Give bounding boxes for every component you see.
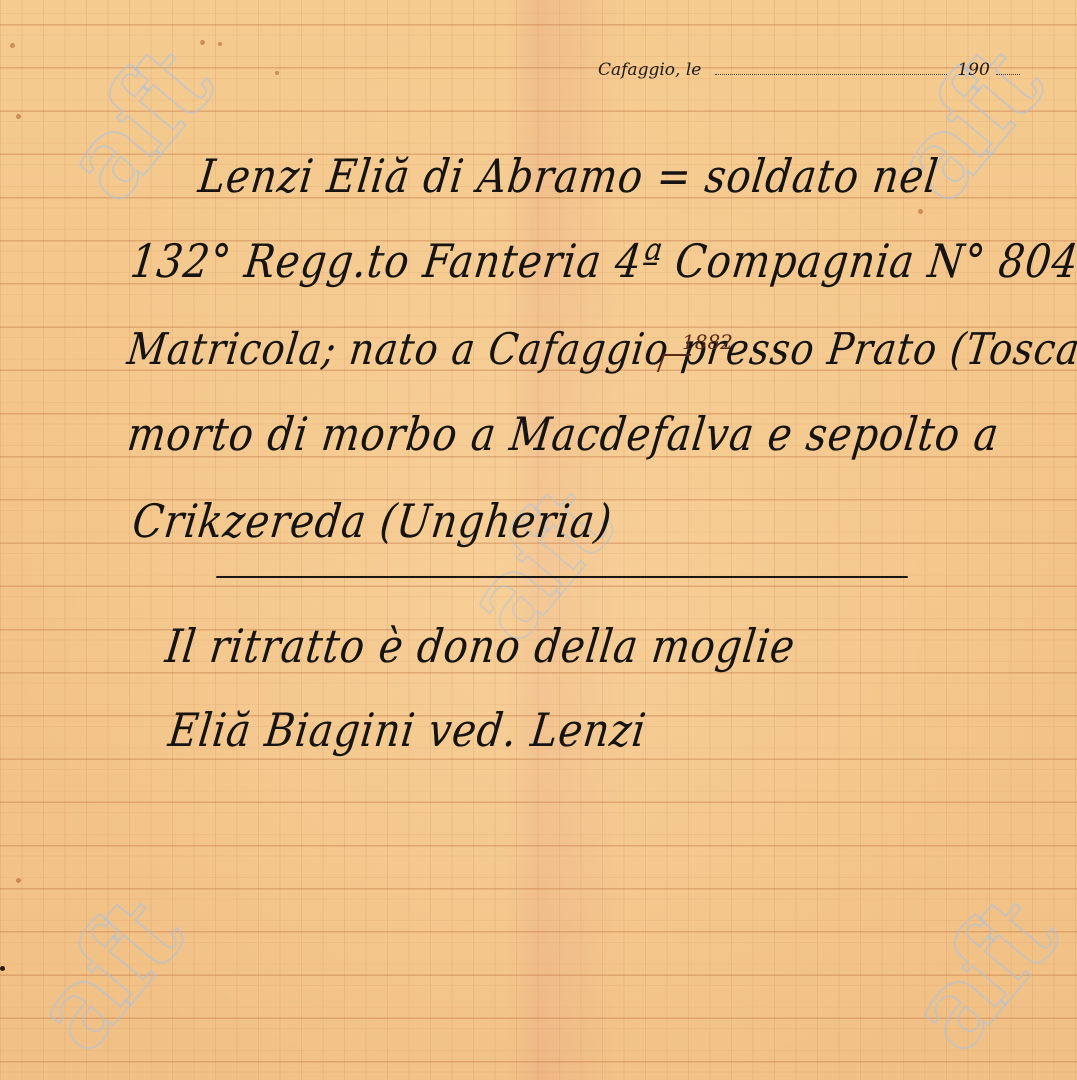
- paper-stain: [16, 114, 21, 119]
- year-blank-dotted-line: [996, 62, 1020, 75]
- paper-stain: [218, 42, 222, 46]
- divider-rule: [216, 576, 908, 578]
- handwritten-line-3: Matricola; nato a Cafaggio presso Prato …: [125, 327, 1077, 371]
- paper-stain: [16, 878, 21, 883]
- paper-stain: [10, 43, 15, 48]
- letterhead-date-line: Cafaggio, le 190: [598, 60, 1020, 80]
- dedication-line-1: Il ritratto è dono della moglie: [163, 624, 798, 670]
- date-blank-dotted-line: [715, 62, 947, 75]
- letterhead-place: Cafaggio, le: [598, 60, 701, 80]
- document-page: aft aft aft aft aft Cafaggio, le 190 Len…: [0, 0, 1077, 1080]
- paper-stain: [200, 40, 205, 45]
- letterhead-year-prefix: 190: [957, 60, 989, 80]
- handwritten-line-2: 132° Regg.to Fanteria 4ª Compagnia N° 80…: [128, 239, 1077, 285]
- handwritten-line-5: Crikzereda (Ungheria): [130, 499, 615, 545]
- handwritten-line-1: Lenzi Eliă di Abramo = soldato nel: [196, 154, 941, 200]
- paper-stain: [0, 966, 5, 971]
- insertion-annotation-year: 1882: [682, 330, 733, 354]
- paper-stain: [275, 71, 279, 75]
- dedication-line-2: Eliă Biagini ved. Lenzi: [166, 708, 649, 754]
- paper-stain: [918, 209, 923, 214]
- handwritten-line-4: morto di morbo a Macdefalva e sepolto a: [125, 412, 1002, 458]
